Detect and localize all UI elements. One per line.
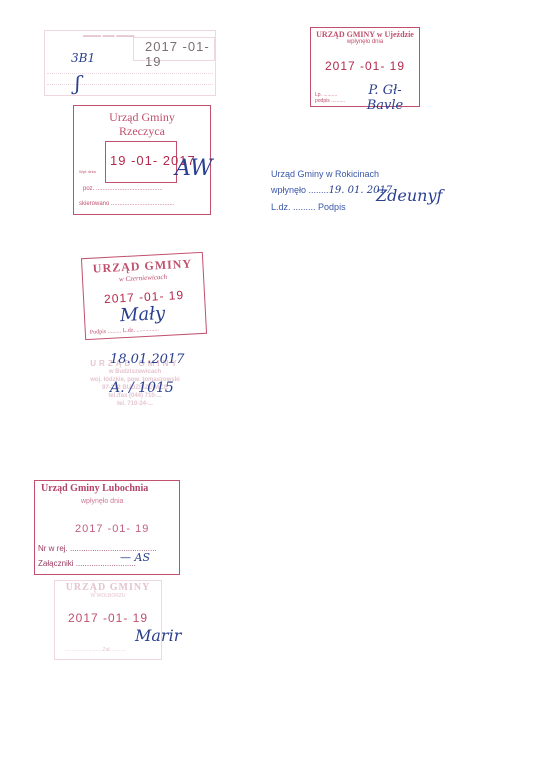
received-label: wpłynęło [271, 185, 306, 195]
signature: P. Gł-Bavle [351, 83, 419, 113]
signature: Mały [119, 303, 165, 326]
stamp-wolborz: URZĄD GMINY W WOLBORZU 2017 -01- 19 ....… [54, 580, 162, 660]
stamp-fields: Podpis ......... L.dz. ............... [90, 326, 159, 336]
signature: Marir [135, 626, 181, 645]
stamp-date: 2017 -01- 19 [55, 611, 161, 625]
stamp-ujezdzie: URZĄD GMINY w Ujeździe wpłynęło dnia 201… [310, 27, 420, 107]
handwritten-number: 3B1 [71, 51, 95, 65]
stamp-lubochnia: Urząd Gminy Lubochnia wpłynęło dnia 2017… [34, 480, 180, 575]
stamp-office-line2: W WOLBORZU [55, 593, 161, 599]
signature: — AS [120, 551, 150, 564]
stamp-header-faint: ▬▬▬ ▬▬ ▬▬▬ [83, 33, 134, 39]
podpis-label: Podpis [318, 202, 346, 212]
field-zalaczniki: Załączniki ........................... [38, 559, 176, 568]
stamp-office: Urząd Gminy Rzeczyca [74, 110, 210, 138]
stamp-office: URZĄD GMINY w Ujeździe [311, 30, 419, 39]
handwritten-ref: A. / 1015 [110, 384, 174, 392]
signature: AW [175, 156, 213, 181]
office-line2: Rzeczyca [74, 124, 210, 138]
field-podpis: Podpis [90, 329, 107, 336]
stamp-faint-top-left: ▬▬▬ ▬▬ ▬▬▬ 2017 -01- 19 3B1 ʃ [44, 30, 216, 96]
stamp-rokicinach: Urząd Gminy w Rokicinach wpłynęło ......… [271, 166, 471, 236]
stamp-lines [47, 63, 213, 96]
phone-line2: tel. 710-24-... [80, 400, 190, 408]
stamp-office: URZĄD GMINY [55, 582, 161, 593]
field-nr-w-rej: Nr w rej. ..............................… [38, 544, 176, 553]
stamp-office-line2: w Budziszewicach [80, 368, 190, 376]
field-ldz: L.dz. ......... [271, 202, 316, 212]
handwritten-date: 18.01.2017 [110, 356, 184, 364]
stamp-office: Urząd Gminy w Rokicinach [271, 166, 471, 182]
stamp-rzeczyca: Urząd Gminy Rzeczyca Wpł. dnia 19 -01- 2… [73, 105, 211, 215]
stamp-fields: Lp. .......... podpis .......... [315, 92, 345, 104]
field-podpis: podpis .......... [315, 98, 345, 104]
date-label: Wpł. dnia [79, 169, 96, 174]
stamp-czerniewicach: URZĄD GMINY w Czerniewicach 2017 -01- 19… [81, 252, 207, 340]
stamp-received-label: wpłynęło dnia [311, 39, 419, 45]
stamp-budziszewice: URZĄD GMINY w Budziszewicach woj. łódzki… [80, 360, 190, 420]
stamp-received-label: wpłynęło dnia [81, 498, 123, 505]
field-poz: poz. ...................................… [83, 186, 203, 192]
handwritten-mark: ʃ [75, 71, 80, 95]
field-skierowano: skierowano .............................… [79, 201, 209, 207]
signature: Zdeunyf [376, 188, 442, 204]
field-zal: .......................... Zał. ........… [65, 647, 126, 653]
stamp-date: 2017 -01- 19 [311, 59, 419, 73]
office-line1: Urząd Gminy [74, 110, 210, 124]
field-ldz: L.dz. ............... [122, 326, 159, 334]
stamp-office: Urząd Gminy Lubochnia [41, 483, 148, 494]
stamp-date: 2017 -01- 19 [75, 523, 149, 535]
